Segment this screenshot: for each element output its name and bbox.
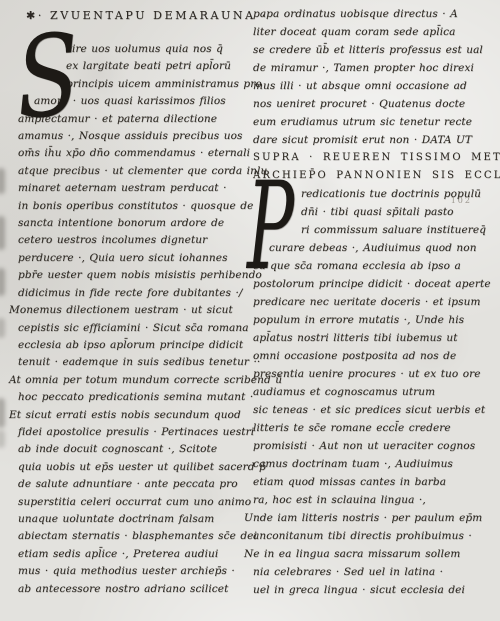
- manuscript-heading: ✱· ZVUENTAPU DEMARAUNA ·: [26, 9, 256, 22]
- manuscript-line: ra, hoc est in sclauina lingua ·,: [253, 491, 495, 509]
- manuscript-line: dare sicut promisit erut non · DATA UT: [253, 131, 495, 149]
- manuscript-line: hoc peccato predicationis semina mutant …: [18, 389, 250, 406]
- manuscript-line: Monemus dilectionem uestram · ut sicut: [9, 302, 250, 319]
- manuscript-line: papa ordinatus uobisque directus · A: [253, 5, 495, 23]
- manuscript-line: amamus ·, Nosque assiduis precibus uos: [18, 128, 250, 145]
- manuscript-line: de salute adnuntiare · ante peccata pro: [18, 476, 250, 493]
- manuscript-line: ARCHIEP̄O PANNONIEN SIS ECCLESIE ·: [253, 167, 495, 185]
- manuscript-line: de miramur ·, Tamen propter hoc direxi: [253, 59, 495, 77]
- manuscript-line: uel in greca lingua · sicut ecclesia dei: [253, 581, 495, 599]
- manuscript-line: superstitia celeri occurrat cum uno anim…: [18, 494, 250, 511]
- manuscript-line: presentia uenire procures · ut ex tuo or…: [253, 365, 495, 383]
- manuscript-line: mus illi · ut absque omni occasione ad: [253, 77, 495, 95]
- scan-artifact: [0, 398, 5, 428]
- right-text-column: papa ordinatus uobisque directus · Alite…: [253, 5, 495, 599]
- manuscript-line: Ne in ea lingua sacra missarum sollem: [244, 545, 495, 563]
- manuscript-line: tenuit · eademque in suis sedibus tenetu…: [18, 354, 250, 371]
- manuscript-line: predicare nec ueritate doceris · et ipsu…: [253, 293, 495, 311]
- manuscript-line: camus doctrinam tuam ·, Audiuimus: [253, 455, 495, 473]
- manuscript-line: anconitanum tibi directis prohibuimus ·: [253, 527, 495, 545]
- manuscript-line: postolorum principe didicit · doceat ape…: [253, 275, 495, 293]
- manuscript-line: audiamus et cognoscamus utrum: [253, 383, 495, 401]
- manuscript-line: eum erudiamus utrum sic tenetur recte: [253, 113, 495, 131]
- manuscript-line: Et sicut errati estis nobis secundum quo…: [9, 407, 250, 424]
- manuscript-line: nos ueniret procuret · Quatenus docte: [253, 95, 495, 113]
- manuscript-line: amore · uos quasi karissimos filios: [18, 93, 250, 110]
- manuscript-line: ri commissum saluare instituereq̄: [253, 221, 495, 239]
- manuscript-line: promisisti · Aut non ut ueraciter cognos: [253, 437, 495, 455]
- manuscript-line: unaque uoluntate doctrinam falsam: [18, 511, 250, 528]
- manuscript-line: At omnia per totum mundum correcte scrib…: [9, 372, 250, 389]
- manuscript-line: amplectamur · et paterna dilectione: [18, 111, 250, 128]
- manuscript-line: cetero uestros incolumes dignetur: [18, 232, 250, 249]
- manuscript-line: perducere ·, Quia uero sicut iohannes: [18, 250, 250, 267]
- scan-artifact: [0, 430, 5, 448]
- manuscript-line: sic teneas · et sic predices sicut uerbi…: [253, 401, 495, 419]
- manuscript-line: sancta intentione bonorum ardore de: [18, 215, 250, 232]
- manuscript-line: ab antecessore nostro adriano scilicet: [18, 581, 250, 598]
- manuscript-line: SUPRA · REUEREN TISSIMO METHOD̄: [253, 149, 495, 167]
- manuscript-line: omni occasione postposita ad nos de: [253, 347, 495, 365]
- manuscript-line: dn̄i · tibi quasi sp̄itali pasto: [253, 203, 495, 221]
- manuscript-line: curare debeas ·, Audiuimus quod non: [253, 239, 495, 257]
- manuscript-line: in bonis operibus constitutos · quosque …: [18, 198, 250, 215]
- manuscript-line: Unde iam litteris nostris · per paulum e…: [244, 509, 495, 527]
- manuscript-page: ✱· ZVUENTAPU DEMARAUNA · 102 cire uos uo…: [0, 0, 500, 621]
- manuscript-line: quia uobis ut ep̄s uester ut quilibet sa…: [18, 459, 250, 476]
- manuscript-line: cepistis sic efficiamini · Sicut sc̄a ro…: [18, 320, 250, 337]
- manuscript-line: populum in errore mutatis ·, Unde his: [253, 311, 495, 329]
- manuscript-line: minaret aeternam uestram perducat ·: [18, 180, 250, 197]
- scan-artifact: [0, 318, 5, 338]
- manuscript-line: liter doceat quam coram sede apl̄ica: [253, 23, 495, 41]
- manuscript-line: mus · quia methodius uester archiep̄s ·: [18, 563, 250, 580]
- left-text-column: cire uos uolumus quia nos q̄ex largitate…: [18, 41, 250, 598]
- scan-artifact: [0, 168, 5, 194]
- manuscript-line: se credere ūb̄ et litteris professus est…: [253, 41, 495, 59]
- manuscript-line: redicationis tue doctrinis populū: [253, 185, 495, 203]
- manuscript-line: ex largitate beati petri apl̄orū: [18, 58, 250, 75]
- manuscript-line: cire uos uolumus quia nos q̄: [18, 41, 250, 58]
- manuscript-line: om̄s ih̄u xp̄o dn̄o commendamus · eterna…: [18, 145, 250, 162]
- manuscript-line: etiam quod missas cantes in barba: [253, 473, 495, 491]
- manuscript-line: pbr̄e uester quem nobis misistis perhibe…: [18, 267, 250, 284]
- manuscript-line: ea que sc̄a romana ecclesia ab ipso a: [253, 257, 495, 275]
- manuscript-line: apl̄atus nostri litteris tibi iubemus ut: [253, 329, 495, 347]
- manuscript-line: fidei apostolice presulis · Pertinaces u…: [18, 424, 250, 441]
- scan-artifact: [0, 268, 5, 296]
- manuscript-line: ecclesia ab ipso apl̄orum principe didic…: [18, 337, 250, 354]
- manuscript-line: abiectam sternatis · blasphemantes sc̄e …: [18, 528, 250, 545]
- manuscript-line: litteris te sc̄e romane eccl̄e credere: [253, 419, 495, 437]
- manuscript-line: principis uicem amministramus pro: [18, 76, 250, 93]
- manuscript-line: ab inde docuit cognoscant ·, Scitote: [18, 441, 250, 458]
- manuscript-line: atque precibus · ut clementer que corda …: [18, 163, 250, 180]
- manuscript-line: nia celebrares · Sed uel in latina ·: [253, 563, 495, 581]
- manuscript-line: etiam sedis apl̄ice ·, Preterea audiui: [18, 546, 250, 563]
- scan-artifact: [0, 216, 5, 250]
- manuscript-line: didicimus in fide recte fore dubitantes …: [18, 285, 250, 302]
